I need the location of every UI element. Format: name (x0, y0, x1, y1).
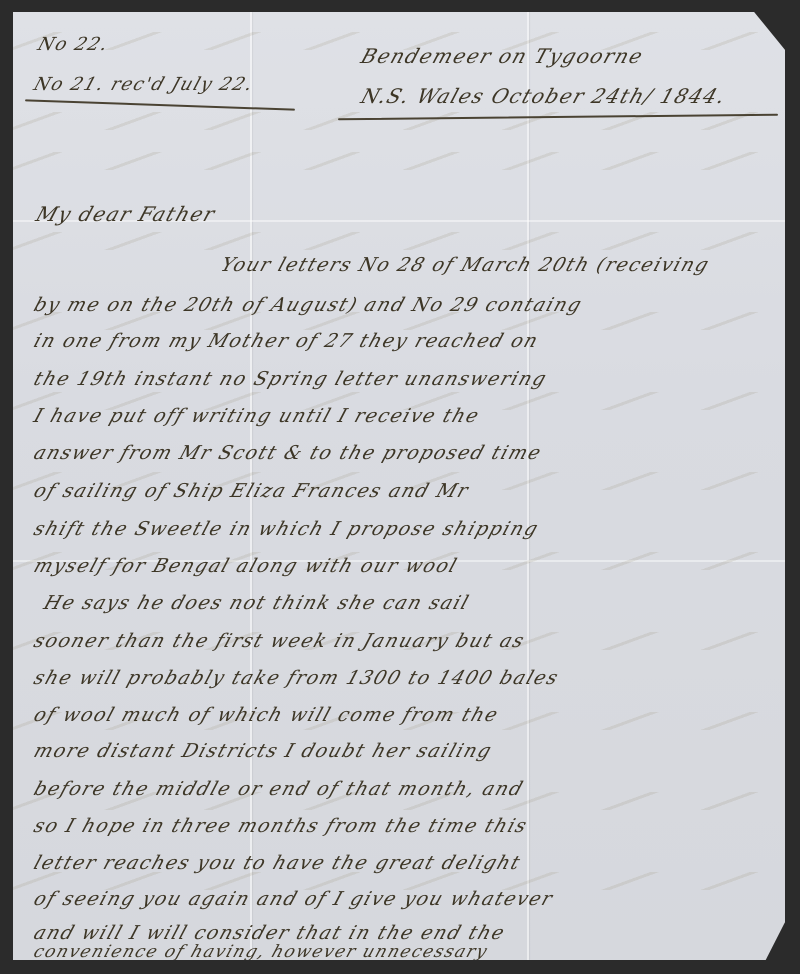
body-line: convenience of having, however unnecessa… (31, 942, 491, 962)
letter-reference: No 21. rec'd July 22. (31, 74, 257, 95)
underline-rule (25, 99, 295, 110)
body-line: so I hope in three months from the time … (31, 815, 531, 837)
body-line: Your letters No 28 of March 20th (receiv… (218, 254, 713, 276)
body-line: of wool much of which will come from the (31, 704, 502, 726)
body-line: she will probably take from 1300 to 1400… (31, 667, 562, 689)
body-line: by me on the 20th of August) and No 29 c… (31, 294, 585, 316)
salutation: My dear Father (33, 202, 219, 226)
body-line: sooner than the first week in January bu… (31, 630, 528, 652)
body-line: He says he does not think she can sail (41, 592, 473, 614)
body-line: I have put off writing until I receive t… (31, 405, 483, 427)
body-line: the 19th instant no Spring letter unansw… (31, 368, 550, 390)
letter-number: No 22. (35, 34, 112, 55)
ink-bleed-through (13, 232, 785, 250)
ink-bleed-through (13, 152, 785, 170)
body-line: myself for Bengal along with our wool (31, 555, 461, 577)
body-line: in one from my Mother of 27 they reached… (31, 330, 542, 352)
body-line: before the middle or end of that month, … (31, 778, 527, 800)
body-line: of sailing of Ship Eliza Frances and Mr (31, 480, 472, 502)
body-line: and will I will consider that in the end… (31, 922, 508, 944)
letter-page: No 22. No 21. rec'd July 22. Bendemeer o… (13, 12, 785, 960)
letter-place: Bendemeer on Tygoorne (358, 44, 647, 68)
body-line: of seeing you again and of I give you wh… (31, 888, 556, 910)
body-line: letter reaches you to have the great del… (31, 852, 524, 874)
body-line: more distant Districts I doubt her saili… (31, 740, 495, 762)
letter-date: N.S. Wales October 24th/ 1844. (358, 84, 730, 108)
body-line: answer from Mr Scott & to the proposed t… (31, 442, 545, 464)
body-line: shift the Sweetle in which I propose shi… (31, 518, 542, 540)
